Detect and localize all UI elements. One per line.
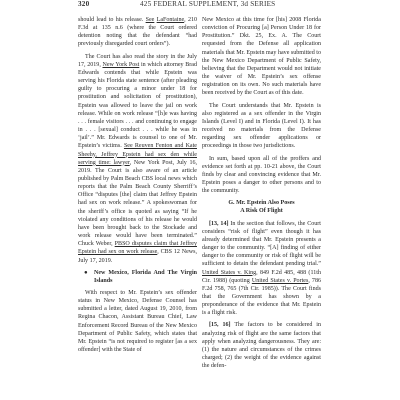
left-column: should lead to his release. See LaFontai… [78,16,197,354]
page-header: 320 425 FEDERAL SUPPLEMENT, 3d SERIES [78,0,378,12]
paragraph: should lead to his release. See LaFontai… [78,16,197,49]
paragraph: [13, 14] In the section that follows, th… [202,220,321,318]
publication-link[interactable]: New York Post [103,62,140,68]
paragraph: [15, 16] The factors to be considered in… [202,321,321,370]
headnote-number: [15, 16] [209,322,231,328]
bullet-heading: ●New Mexico, Florida And The Virgin Isla… [78,269,197,285]
paragraph: New Mexico at this time for [his] 2008 F… [202,16,321,98]
case-link-king[interactable]: United States v. King [202,270,256,276]
paragraph: With respect to Mr. Epstein’s sex offend… [78,289,197,354]
reporter-title: 425 FEDERAL SUPPLEMENT, 3d SERIES [140,0,275,8]
page-number: 320 [78,0,89,8]
case-link-lafontaine[interactable]: LaFontaine [157,17,185,23]
paragraph: The Court understands that Mr. Epstein i… [202,102,321,151]
headnote-number: [13, 14] [209,221,229,227]
right-column: New Mexico at this time for [his] 2008 F… [202,16,321,370]
case-link-portes[interactable]: United States v. Portes [252,278,308,284]
section-heading: G. Mr. Epstein Also PosesA Risk Of Fligh… [202,199,321,215]
bullet-icon: ● [84,269,94,285]
paragraph: The Court has also read the story in the… [78,53,197,265]
paragraph: In sum, based upon all of the proffers a… [202,155,321,196]
